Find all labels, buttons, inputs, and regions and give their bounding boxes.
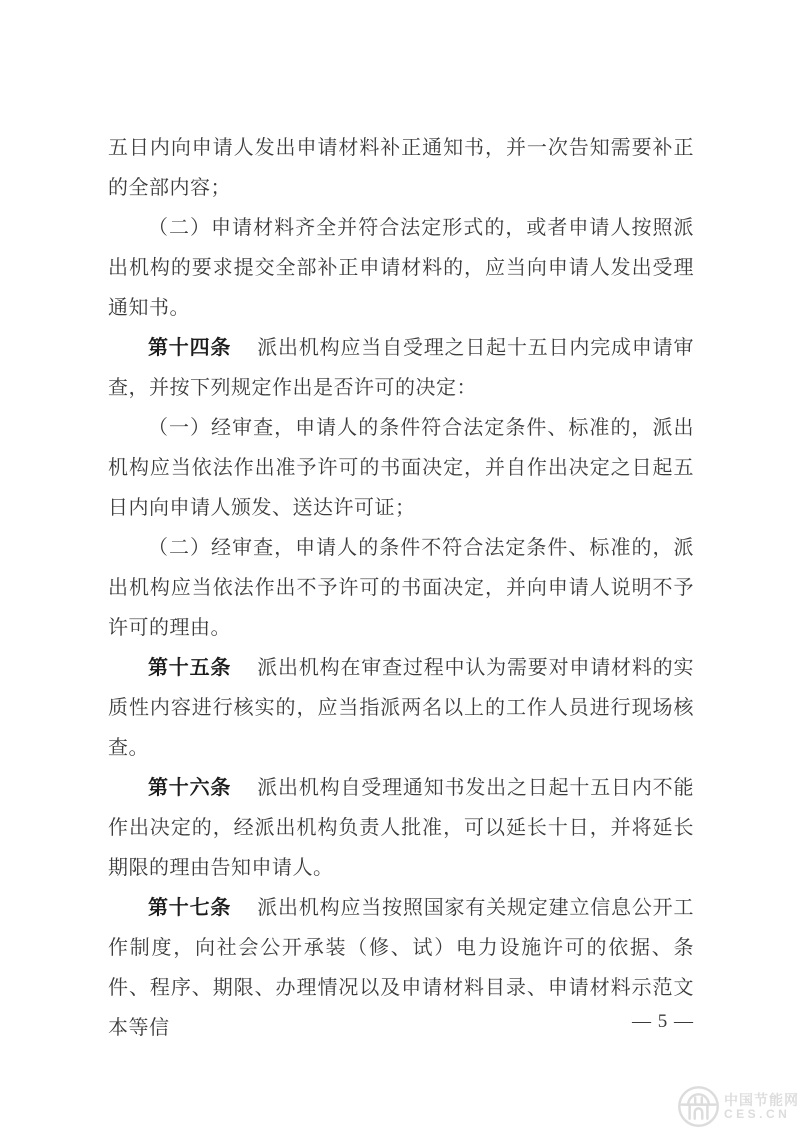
watermark-text: 中国节能网 CES.CN (724, 1092, 799, 1122)
energy-saving-emblem-icon (676, 1084, 721, 1129)
paragraph: 第十五条派出机构在审查过程中认为需要对申请材料的实质性内容进行核实的，应当指派两… (108, 648, 694, 768)
article-number: 第十五条 (148, 657, 231, 679)
paragraph-text: 五日内向申请人发出申请材料补正通知书，并一次告知需要补正的全部内容； (108, 137, 694, 199)
watermark-site-domain: CES.CN (724, 1108, 799, 1122)
paragraph: （二）申请材料齐全并符合法定形式的，或者申请人按照派出机构的要求提交全部补正申请… (108, 208, 694, 328)
document-text: 五日内向申请人发出申请材料补正通知书，并一次告知需要补正的全部内容； （二）申请… (108, 128, 694, 1048)
page-number: — 5 — (108, 1008, 694, 1036)
paragraph-text: （一）经审查，申请人的条件符合法定条件、标准的，派出机构应当依法作出准予许可的书… (108, 417, 694, 519)
paragraph: 第十四条派出机构应当自受理之日起十五日内完成申请审查，并按下列规定作出是否许可的… (108, 328, 694, 408)
paragraph: 第十六条派出机构自受理通知书发出之日起十五日内不能作出决定的，经派出机构负责人批… (108, 768, 694, 888)
paragraph: （一）经审查，申请人的条件符合法定条件、标准的，派出机构应当依法作出准予许可的书… (108, 408, 694, 528)
article-number: 第十七条 (148, 897, 231, 919)
article-number: 第十四条 (148, 337, 231, 359)
watermark: 中国节能网 CES.CN (676, 1084, 799, 1129)
watermark-site-name: 中国节能网 (724, 1092, 799, 1108)
paragraph: （二）经审查，申请人的条件不符合法定条件、标准的，派出机构应当依法作出不予许可的… (108, 528, 694, 648)
paragraph-text: （二）经审查，申请人的条件不符合法定条件、标准的，派出机构应当依法作出不予许可的… (108, 537, 694, 639)
document-page: 五日内向申请人发出申请材料补正通知书，并一次告知需要补正的全部内容； （二）申请… (0, 0, 800, 1131)
article-number: 第十六条 (148, 777, 231, 799)
paragraph: 五日内向申请人发出申请材料补正通知书，并一次告知需要补正的全部内容； (108, 128, 694, 208)
paragraph-text: （二）申请材料齐全并符合法定形式的，或者申请人按照派出机构的要求提交全部补正申请… (108, 217, 694, 319)
